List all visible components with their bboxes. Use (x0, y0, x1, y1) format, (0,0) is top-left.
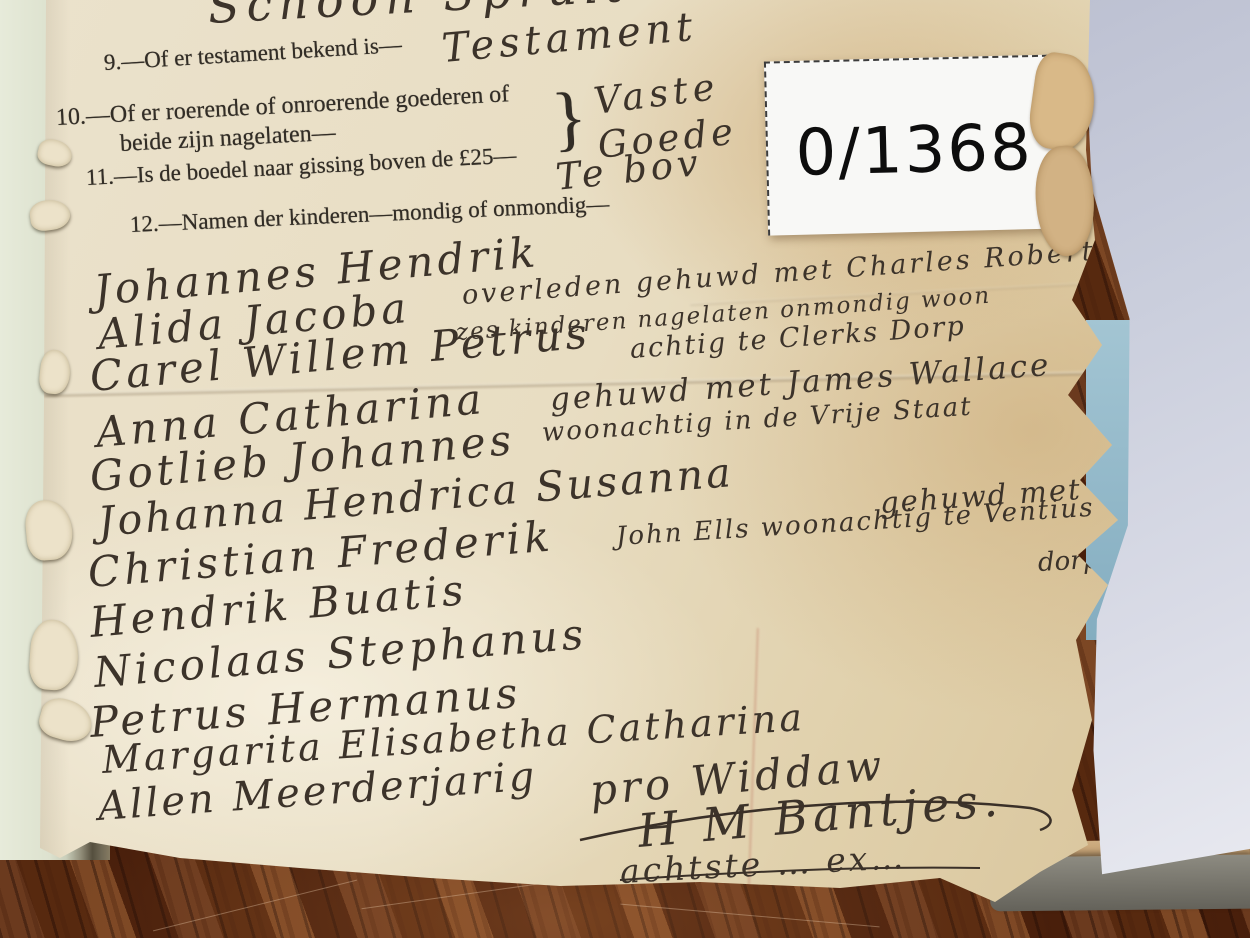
child-6-note-2: John Ells woonachtig te Ventius (615, 493, 1095, 552)
question-12-printed: 12.—Namen der kinderen—mondig of onmondi… (129, 191, 609, 238)
archive-label: 0/1368 (764, 54, 1062, 235)
question-10-brace: } (549, 76, 589, 161)
pen-flourish (560, 768, 1080, 898)
photo-of-document: Schoon Spruit Transvaal 9.—Of er testame… (0, 0, 1250, 938)
question-9-printed: 9.—Of er testament bekend is— (103, 32, 402, 76)
archive-number: 0/1368 (794, 101, 1033, 191)
